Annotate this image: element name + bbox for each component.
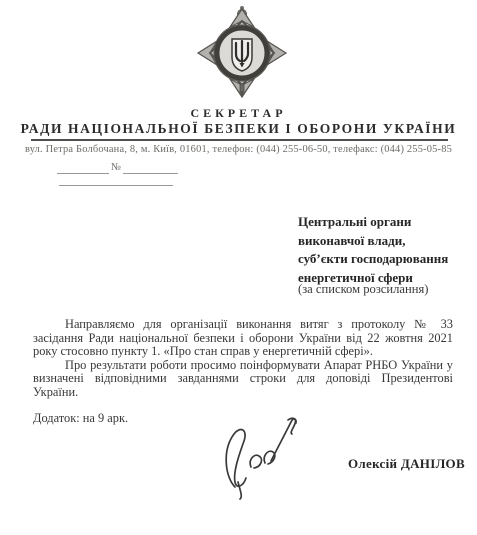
attachment-note: Додаток: на 9 арк. (33, 411, 128, 426)
recipient-block: Центральні органи виконавчої влади, суб’… (298, 213, 470, 287)
nsdc-emblem-icon (195, 4, 289, 100)
body-paragraph-2: Про результати роботи просимо поінформув… (33, 359, 453, 400)
recipient-line: виконавчої влади, (298, 232, 470, 251)
signer-name: Олексій ДАНІЛОВ (348, 456, 464, 472)
recipient-note: (за списком розсилання) (298, 282, 470, 297)
letterhead-divider (31, 139, 448, 141)
letterhead-title-council: РАДИ НАЦІОНАЛЬНОЇ БЕЗПЕКИ І ОБОРОНИ УКРА… (0, 121, 477, 137)
letterhead-address: вул. Петра Болбочана, 8, м. Київ, 01601,… (0, 144, 477, 155)
letter-body: Направляємо для організації виконання ви… (33, 318, 453, 399)
number-sign: № (111, 162, 121, 173)
recipient-line: суб’єкти господарювання (298, 250, 470, 269)
signature-scribble-icon (218, 416, 308, 501)
recipient-line: Центральні органи (298, 213, 470, 232)
letterhead-title-secretary: СЕКРЕТАР (0, 106, 477, 121)
body-paragraph-1: Направляємо для організації виконання ви… (33, 318, 453, 359)
scanned-letter-page: СЕКРЕТАР РАДИ НАЦІОНАЛЬНОЇ БЕЗПЕКИ І ОБО… (0, 0, 477, 535)
reference-blank-line (59, 173, 173, 186)
